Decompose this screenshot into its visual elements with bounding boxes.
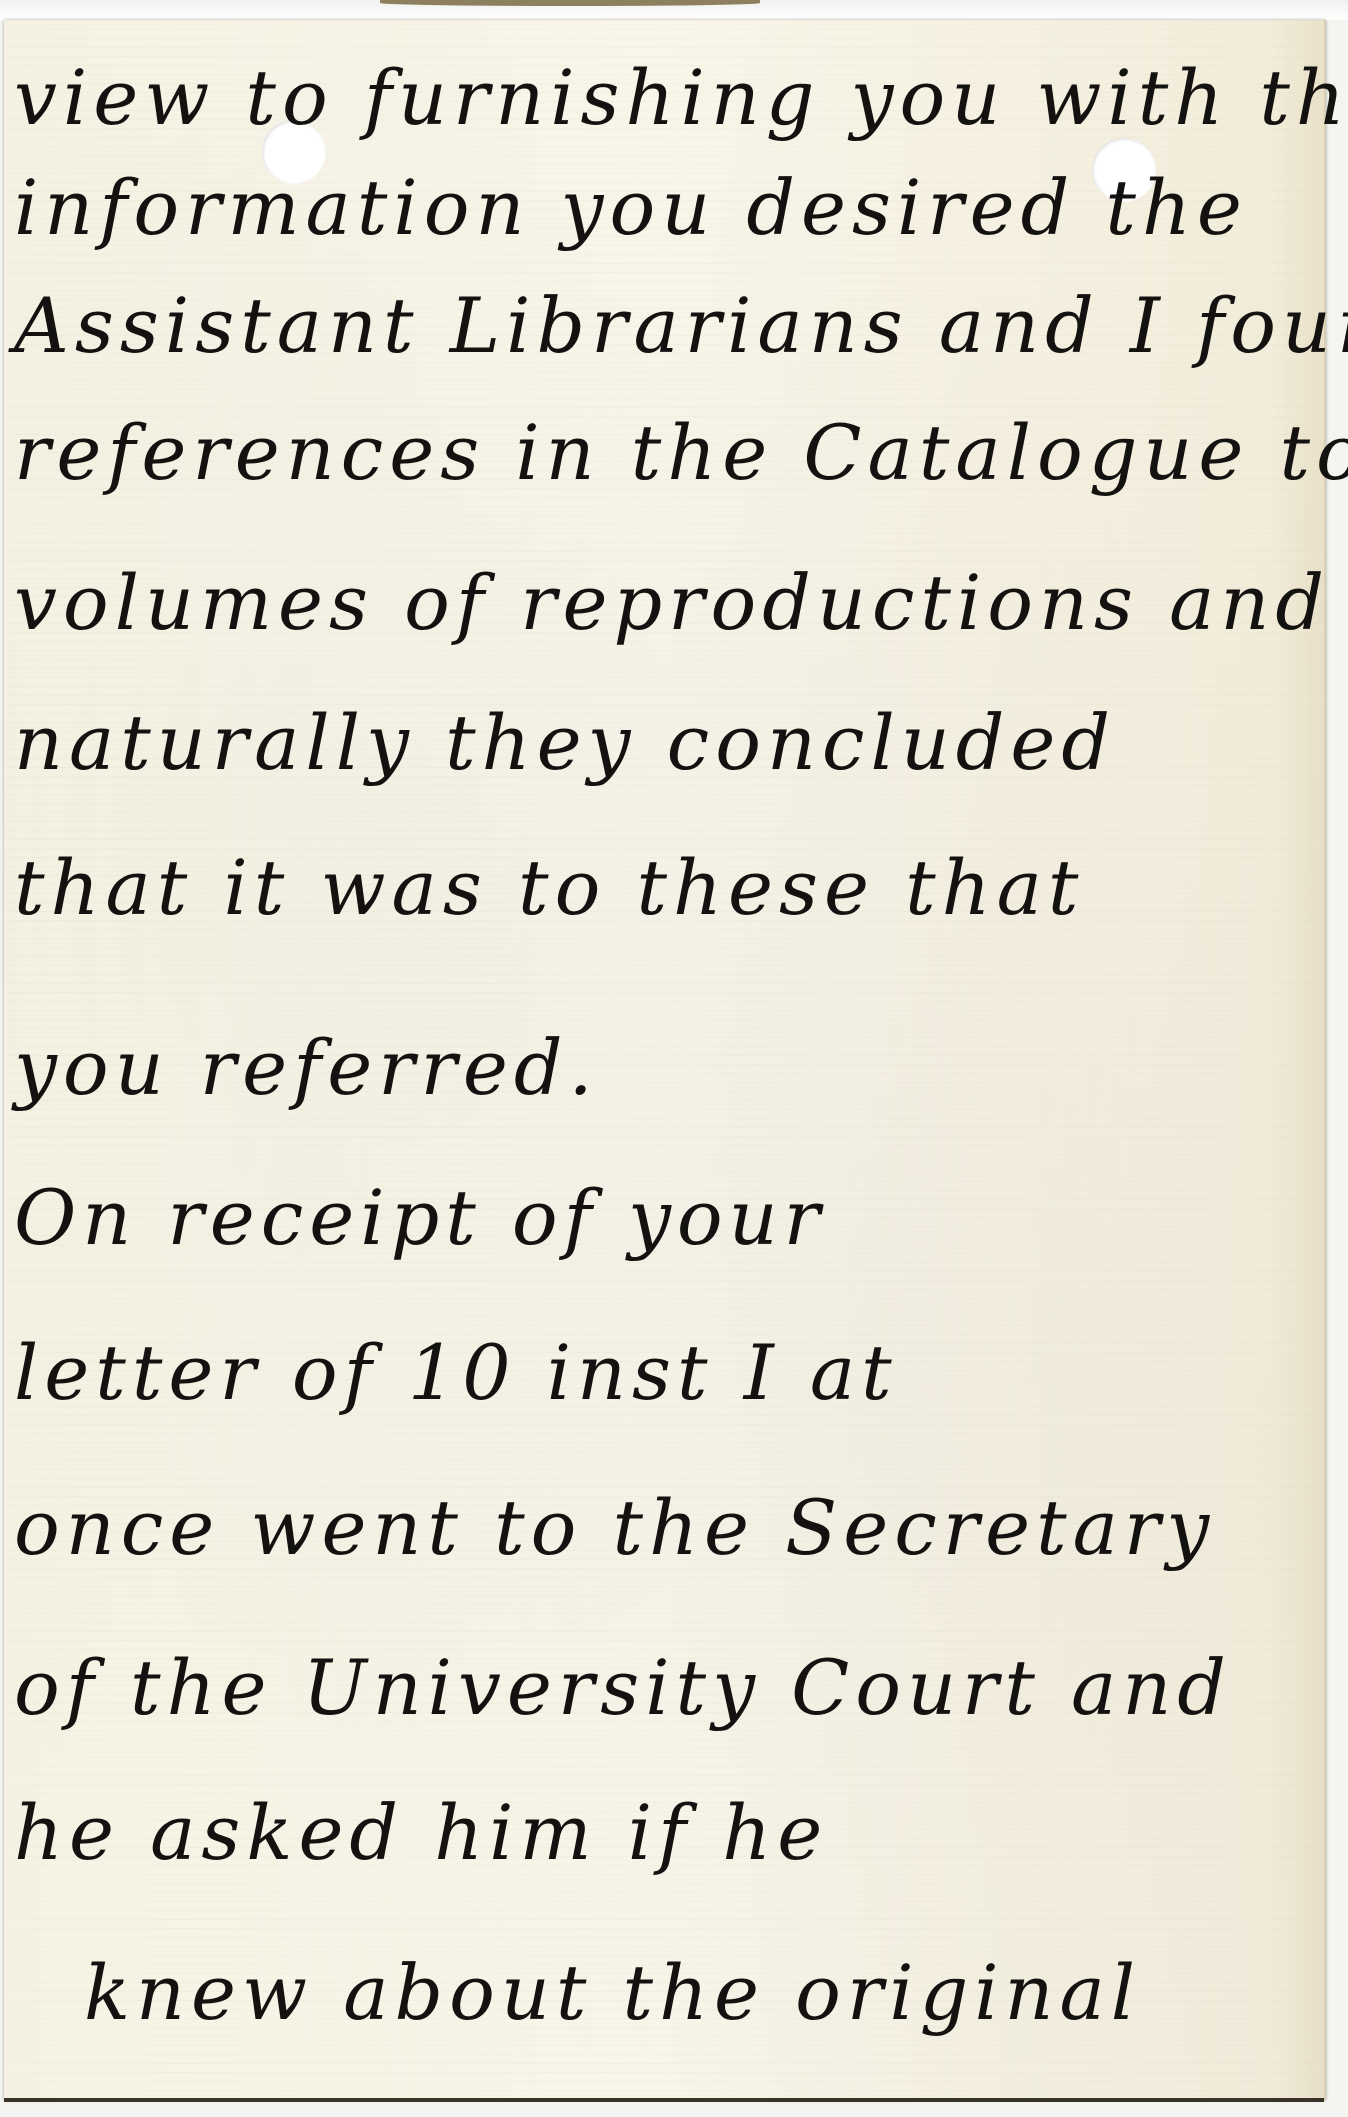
- binding-shadow: [380, 0, 760, 6]
- handwritten-line-2: information you desired the: [14, 170, 1248, 246]
- handwritten-line-9: On receipt of your: [14, 1180, 826, 1256]
- handwritten-line-5: volumes of reproductions and: [14, 565, 1330, 641]
- handwritten-line-7: that it was to these that: [14, 850, 1084, 926]
- handwritten-line-10: letter of 10 inst I at: [14, 1335, 898, 1411]
- handwritten-line-3: Assistant Librarians and I found: [14, 288, 1348, 364]
- handwritten-line-14: knew about the original: [84, 1955, 1141, 2031]
- handwritten-line-13: he asked him if he: [14, 1795, 828, 1871]
- handwritten-line-4: references in the Catalogue to: [14, 415, 1348, 491]
- letter-page: view to furnishing you with the informat…: [4, 20, 1326, 2100]
- handwritten-line-8: you referred.: [14, 1030, 599, 1106]
- scan-top-margin: [0, 0, 1348, 20]
- handwritten-line-6: naturally they concluded: [14, 705, 1116, 781]
- handwritten-line-12: of the University Court and: [14, 1650, 1232, 1726]
- handwritten-line-11: once went to the Secretary: [14, 1490, 1215, 1566]
- page-bottom-edge: [4, 2098, 1324, 2102]
- handwritten-line-1: view to furnishing you with the: [14, 60, 1348, 136]
